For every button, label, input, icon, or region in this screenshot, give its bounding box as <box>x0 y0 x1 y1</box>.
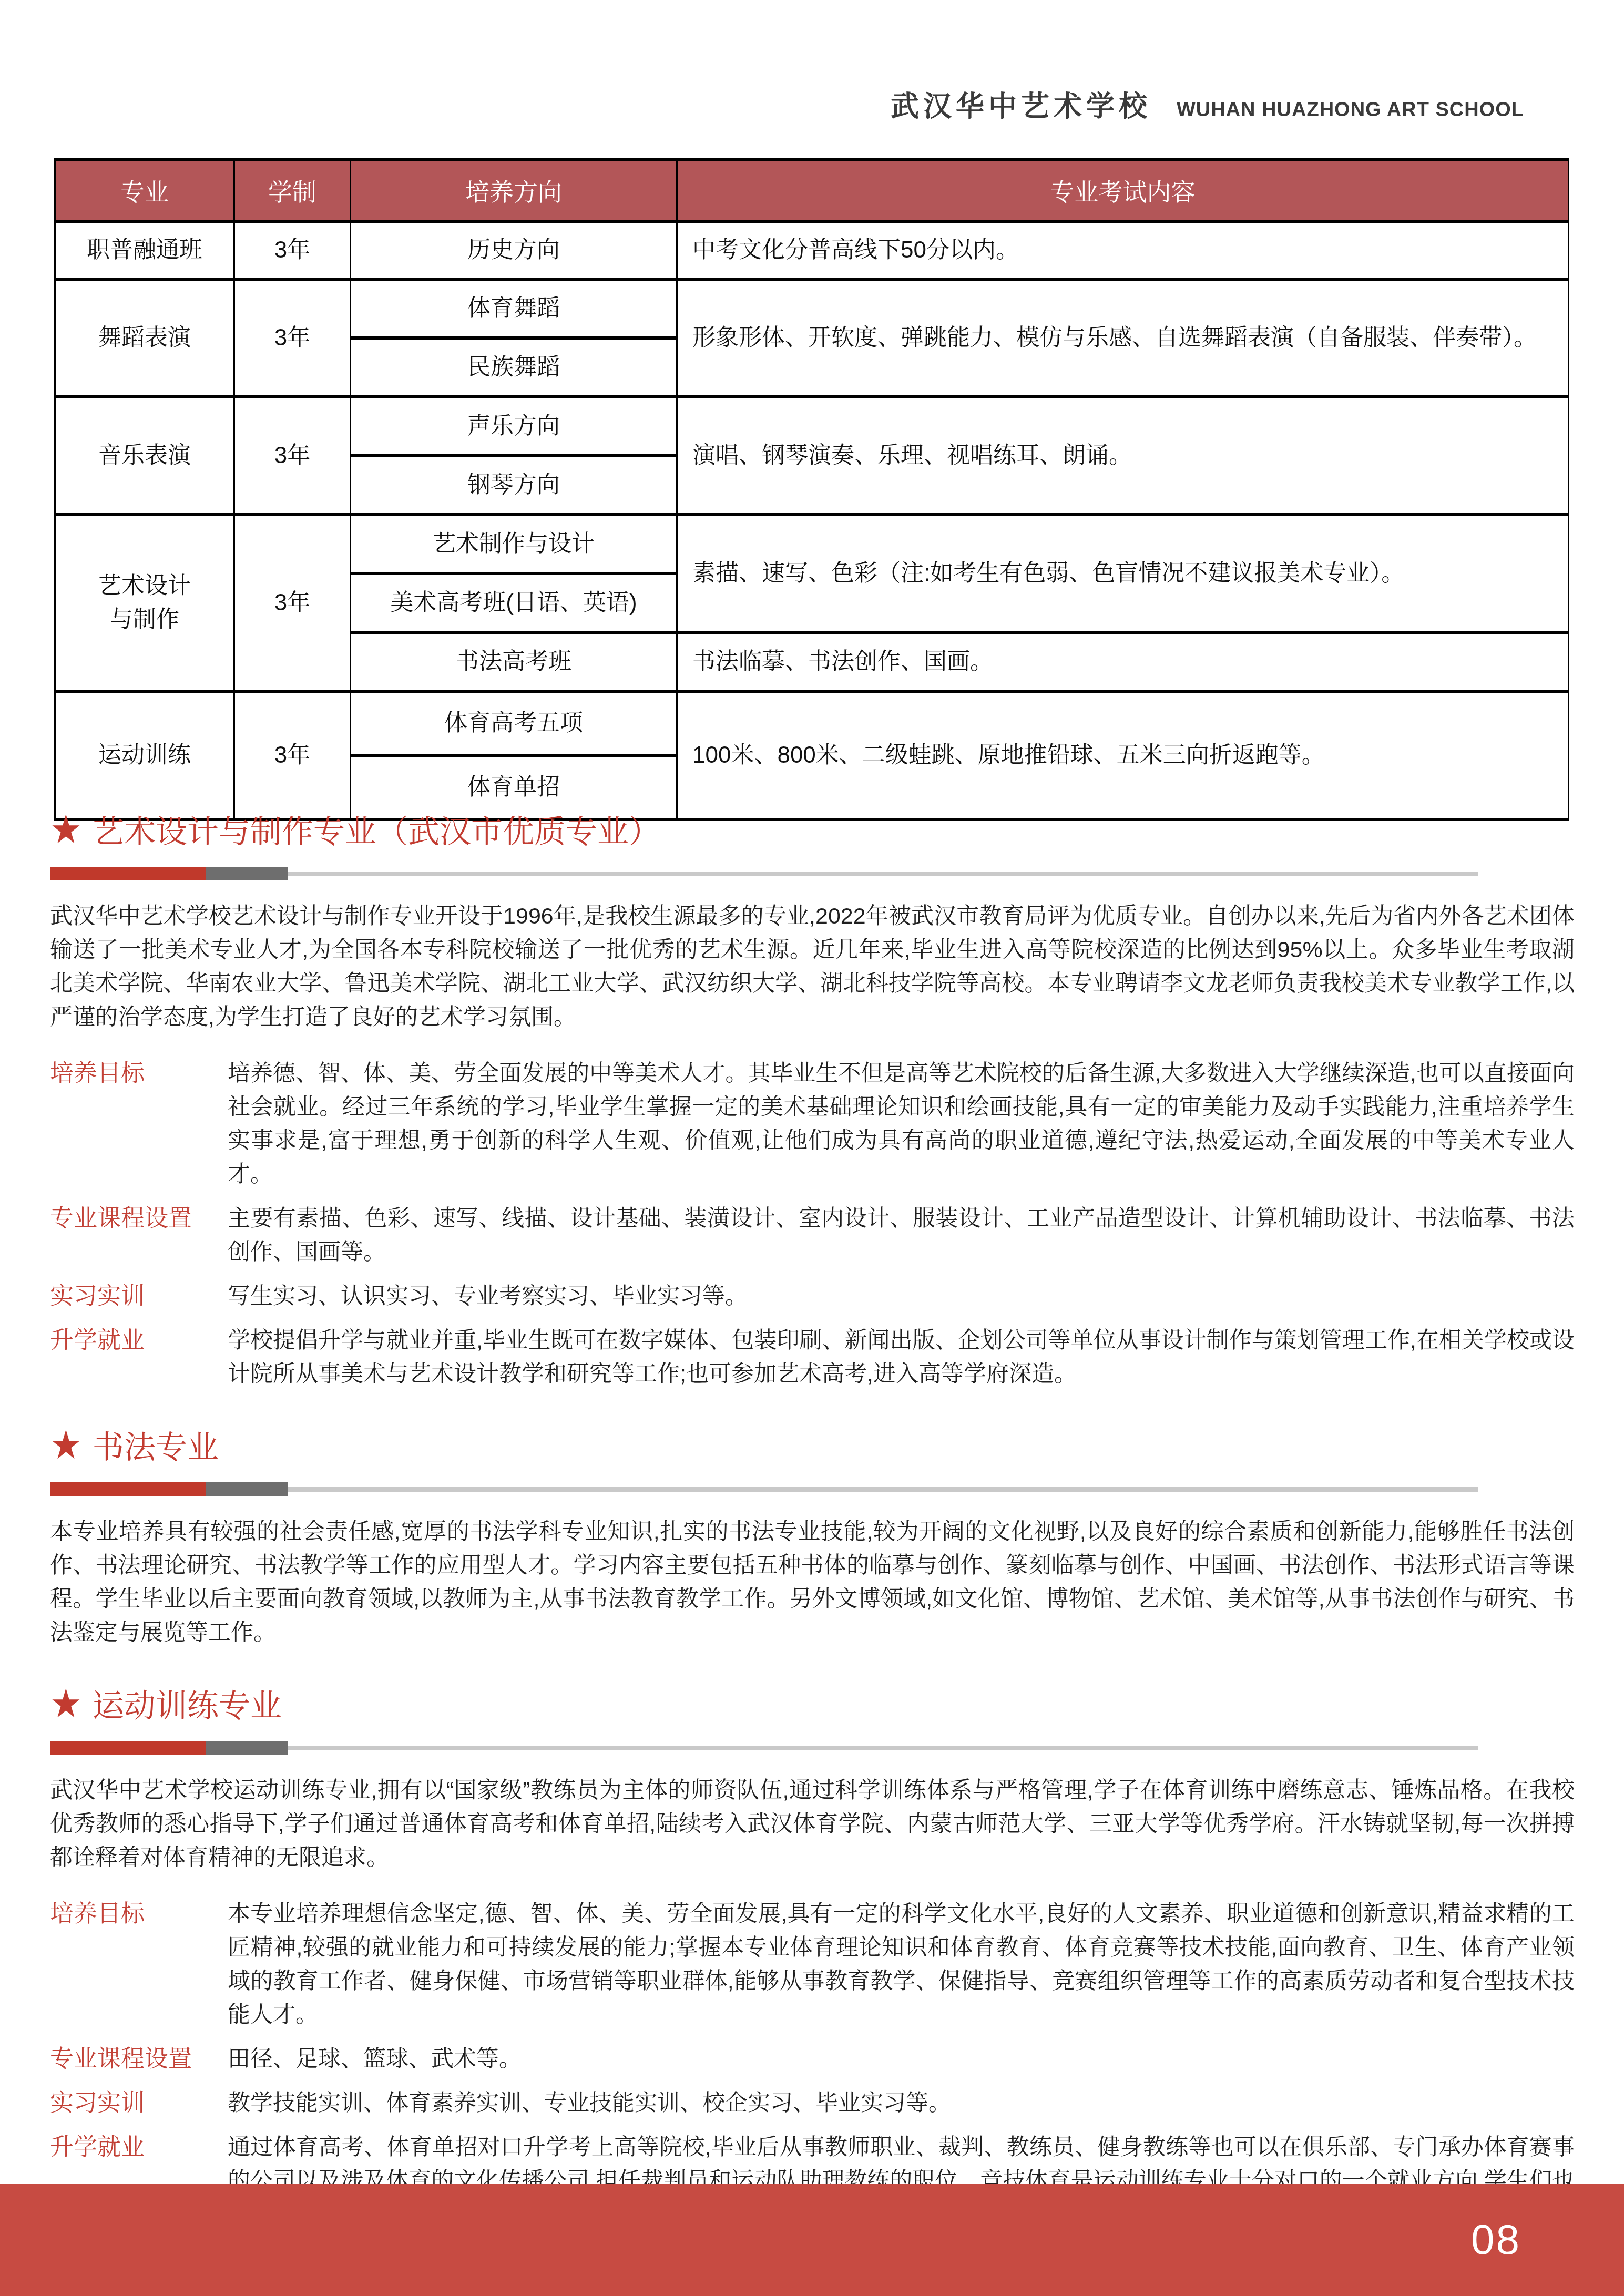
divider-light-line <box>288 872 1478 876</box>
direction-cell: 艺术制作与设计 <box>351 515 677 573</box>
section-divider <box>50 1741 1478 1755</box>
exam-cell: 演唱、钢琴演奏、乐理、视唱练耳、朗诵。 <box>677 397 1569 515</box>
item-text: 本专业培养理想信念坚定,德、智、体、美、劳全面发展,具有一定的科学文化水平,良好… <box>228 1897 1575 2032</box>
direction-cell: 美术高考班(日语、英语) <box>351 573 677 632</box>
direction-cell: 钢琴方向 <box>351 456 677 515</box>
section-item: 升学就业 学校提倡升学与就业并重,毕业生既可在数字媒体、包装印刷、新闻出版、企划… <box>50 1324 1575 1391</box>
item-text: 主要有素描、色彩、速写、线描、设计基础、装潢设计、室内设计、服装设计、工业产品造… <box>228 1202 1575 1269</box>
majors-table: 专业 学制 培养方向 专业考试内容 职普融通班 3年 历史方向 中考文化分普高线… <box>54 158 1569 821</box>
direction-cell: 声乐方向 <box>351 397 677 456</box>
section-item: 实习实训 教学技能实训、体育素养实训、专业技能实训、校企实习、毕业实习等。 <box>50 2086 1575 2120</box>
table-row: 职普融通班 3年 历史方向 中考文化分普高线下50分以内。 <box>55 221 1569 279</box>
direction-cell: 体育高考五项 <box>351 691 677 755</box>
star-icon: ★ <box>50 1425 82 1465</box>
item-label: 专业课程设置 <box>50 2042 228 2076</box>
section-title-text: 书法专业 <box>93 1422 219 1468</box>
item-label: 实习实训 <box>50 2086 228 2120</box>
major-cell: 艺术设计 与制作 <box>55 515 234 691</box>
column-header-exam: 专业考试内容 <box>677 159 1569 221</box>
section-item: 专业课程设置 田径、足球、篮球、武术等。 <box>50 2042 1575 2076</box>
divider-red-segment <box>50 1482 206 1496</box>
section-item: 培养目标 培养德、智、体、美、劳全面发展的中等美术人才。其毕业生不但是高等艺术院… <box>50 1057 1575 1191</box>
table-row: 艺术设计 与制作 3年 艺术制作与设计 素描、速写、色彩（注:如考生有色弱、色盲… <box>55 515 1569 573</box>
item-text: 田径、足球、篮球、武术等。 <box>228 2042 1575 2076</box>
major-cell: 运动训练 <box>55 691 234 819</box>
item-label: 培养目标 <box>50 1897 228 1931</box>
item-text: 教学技能实训、体育素养实训、专业技能实训、校企实习、毕业实习等。 <box>228 2086 1575 2120</box>
section-art-design: ★ 艺术设计与制作专业（武汉市优质专业） 武汉华中艺术学校艺术设计与制作专业开设… <box>50 807 1575 1391</box>
divider-light-line <box>288 1487 1478 1492</box>
direction-cell: 体育舞蹈 <box>351 279 677 338</box>
item-text: 培养德、智、体、美、劳全面发展的中等美术人才。其毕业生不但是高等艺术院校的后备生… <box>228 1057 1575 1191</box>
table-row: 舞蹈表演 3年 体育舞蹈 形象形体、开软度、弹跳能力、模仿与乐感、自选舞蹈表演（… <box>55 279 1569 338</box>
section-intro: 武汉华中艺术学校运动训练专业,拥有以“国家级”教练员为主体的师资队伍,通过科学训… <box>50 1774 1575 1874</box>
section-item: 培养目标 本专业培养理想信念坚定,德、智、体、美、劳全面发展,具有一定的科学文化… <box>50 1897 1575 2032</box>
section-title-text: 运动训练专业 <box>93 1681 282 1726</box>
school-header: 武汉华中艺术学校 WUHAN HUAZHONG ART SCHOOL <box>891 84 1524 125</box>
section-calligraphy: ★ 书法专业 本专业培养具有较强的社会责任感,宽厚的书法学科专业知识,扎实的书法… <box>50 1422 1575 1649</box>
item-label: 升学就业 <box>50 1324 228 1357</box>
column-header-direction: 培养方向 <box>351 159 677 221</box>
column-header-major: 专业 <box>55 159 234 221</box>
footer-band: 08 <box>0 2184 1624 2296</box>
exam-cell: 100米、800米、二级蛙跳、原地推铅球、五米三向折返跑等。 <box>677 691 1569 819</box>
duration-cell: 3年 <box>234 397 351 515</box>
sections-container: ★ 艺术设计与制作专业（武汉市优质专业） 武汉华中艺术学校艺术设计与制作专业开设… <box>50 807 1575 2231</box>
exam-cell: 素描、速写、色彩（注:如考生有色弱、色盲情况不建议报美术专业）。 <box>677 515 1569 632</box>
divider-light-line <box>288 1746 1478 1750</box>
item-label: 实习实训 <box>50 1279 228 1313</box>
section-intro: 本专业培养具有较强的社会责任感,宽厚的书法学科专业知识,扎实的书法专业技能,较为… <box>50 1515 1575 1649</box>
table-row: 音乐表演 3年 声乐方向 演唱、钢琴演奏、乐理、视唱练耳、朗诵。 <box>55 397 1569 456</box>
star-icon: ★ <box>50 809 82 849</box>
divider-gray-segment <box>206 1741 288 1755</box>
major-cell: 舞蹈表演 <box>55 279 234 397</box>
direction-cell: 民族舞蹈 <box>351 338 677 397</box>
section-title-art-design: ★ 艺术设计与制作专业（武汉市优质专业） <box>50 807 1575 852</box>
exam-cell: 中考文化分普高线下50分以内。 <box>677 221 1569 279</box>
exam-cell: 书法临摹、书法创作、国画。 <box>677 632 1569 691</box>
divider-gray-segment <box>206 867 288 880</box>
item-label: 培养目标 <box>50 1057 228 1090</box>
duration-cell: 3年 <box>234 221 351 279</box>
duration-cell: 3年 <box>234 279 351 397</box>
item-label: 升学就业 <box>50 2130 228 2164</box>
section-divider <box>50 1482 1478 1496</box>
major-cell: 职普融通班 <box>55 221 234 279</box>
school-name-chinese: 武汉华中艺术学校 <box>891 84 1151 125</box>
section-item: 实习实训 写生实习、认识实习、专业考察实习、毕业实习等。 <box>50 1279 1575 1313</box>
table-row: 运动训练 3年 体育高考五项 100米、800米、二级蛙跳、原地推铅球、五米三向… <box>55 691 1569 755</box>
column-header-duration: 学制 <box>234 159 351 221</box>
star-icon: ★ <box>50 1684 82 1724</box>
table-header-row: 专业 学制 培养方向 专业考试内容 <box>55 159 1569 221</box>
section-title-text: 艺术设计与制作专业（武汉市优质专业） <box>93 807 660 852</box>
direction-cell: 书法高考班 <box>351 632 677 691</box>
section-sports-training: ★ 运动训练专业 武汉华中艺术学校运动训练专业,拥有以“国家级”教练员为主体的师… <box>50 1681 1575 2231</box>
divider-red-segment <box>50 1741 206 1755</box>
section-divider <box>50 867 1478 880</box>
direction-cell: 历史方向 <box>351 221 677 279</box>
duration-cell: 3年 <box>234 691 351 819</box>
brochure-page: { "header": { "school_name_cn": "武汉华中艺术学… <box>0 0 1624 2296</box>
divider-gray-segment <box>206 1482 288 1496</box>
section-title-calligraphy: ★ 书法专业 <box>50 1422 1575 1468</box>
item-label: 专业课程设置 <box>50 1202 228 1235</box>
exam-cell: 形象形体、开软度、弹跳能力、模仿与乐感、自选舞蹈表演（自备服装、伴奏带）。 <box>677 279 1569 397</box>
section-intro: 武汉华中艺术学校艺术设计与制作专业开设于1996年,是我校生源最多的专业,202… <box>50 899 1575 1034</box>
school-name-english: WUHAN HUAZHONG ART SCHOOL <box>1177 99 1524 121</box>
item-text: 写生实习、认识实习、专业考察实习、毕业实习等。 <box>228 1279 1575 1313</box>
item-text: 学校提倡升学与就业并重,毕业生既可在数字媒体、包装印刷、新闻出版、企划公司等单位… <box>228 1324 1575 1391</box>
duration-cell: 3年 <box>234 515 351 691</box>
divider-red-segment <box>50 867 206 880</box>
page-number: 08 <box>1471 2216 1521 2264</box>
section-item: 专业课程设置 主要有素描、色彩、速写、线描、设计基础、装潢设计、室内设计、服装设… <box>50 1202 1575 1269</box>
section-title-sports-training: ★ 运动训练专业 <box>50 1681 1575 1726</box>
major-cell: 音乐表演 <box>55 397 234 515</box>
